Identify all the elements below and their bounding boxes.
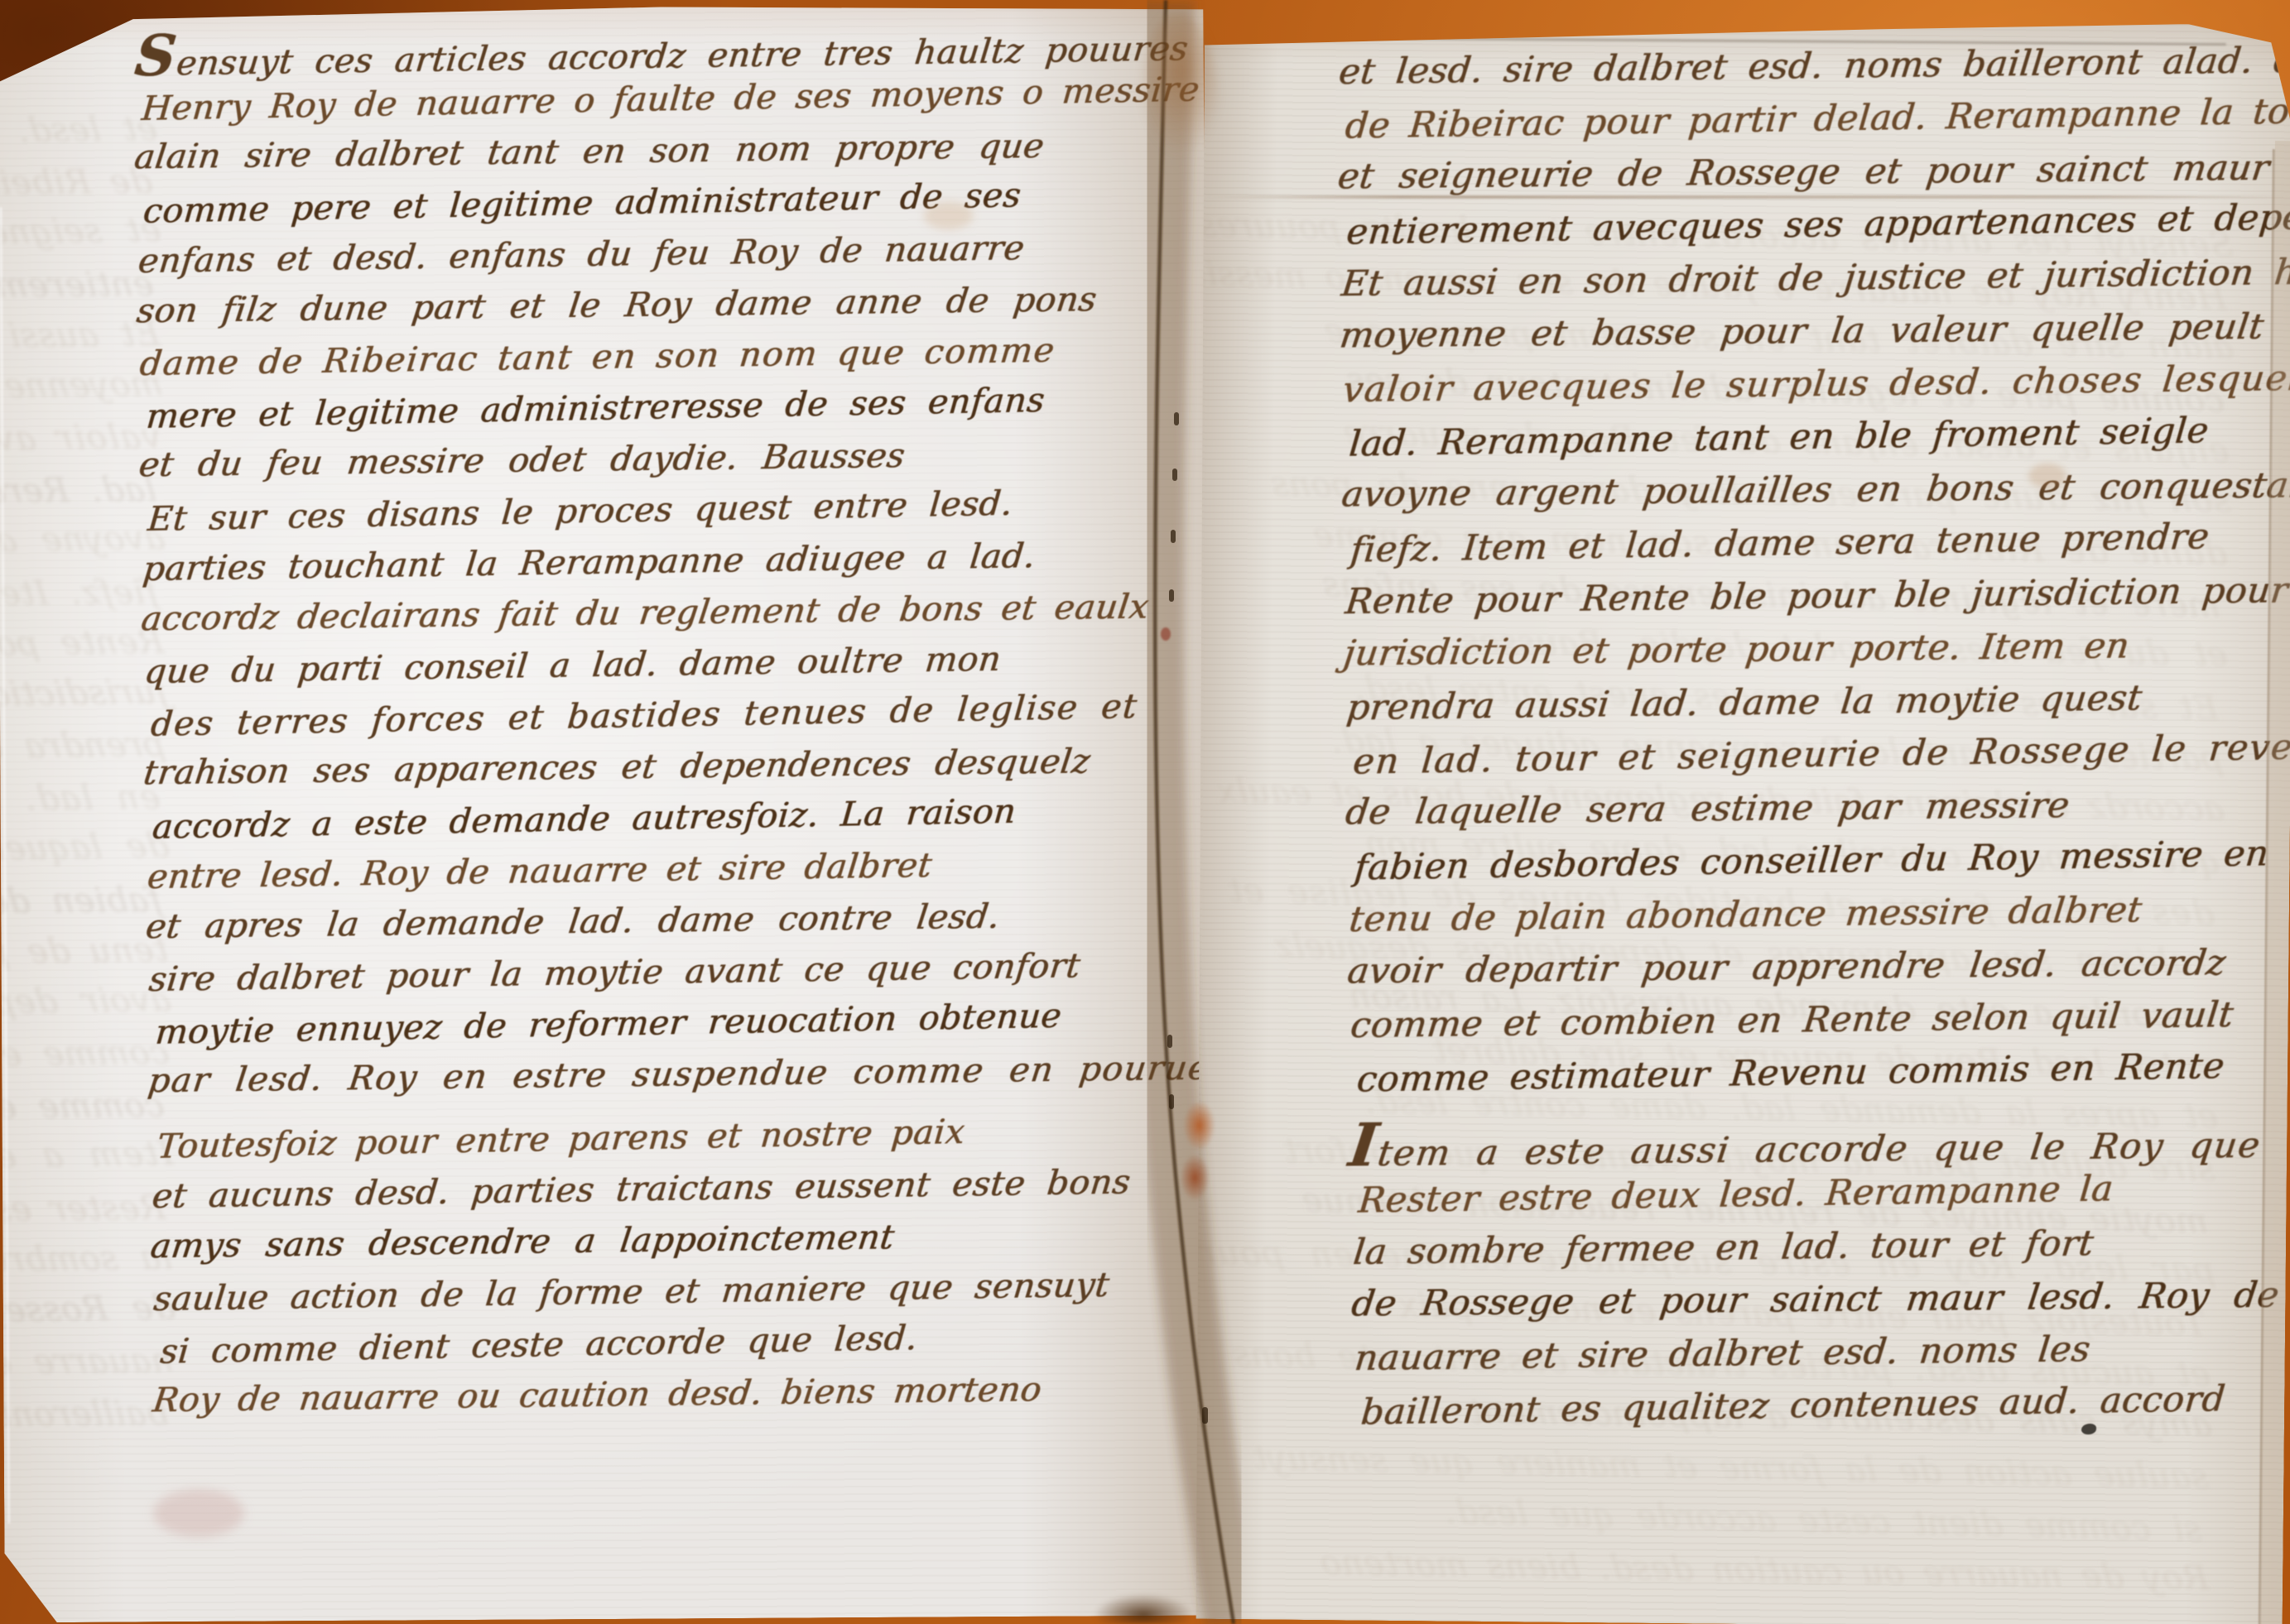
- right-page-text: et lesd. sire dalbret esd. noms baillero…: [1339, 35, 2290, 1439]
- pink-smudge: [153, 1489, 244, 1538]
- manuscript-line: si comme dient ceste accorde que lesd.: [1206, 1481, 2204, 1555]
- manuscript-line: nauarre et sire dalbret esd. noms les: [0, 1335, 176, 1401]
- manuscript-line: Rester estre deux lesd. Rerampanne la: [0, 1183, 168, 1244]
- manuscript-line: Item a este aussi accorde que le Roy que: [0, 1128, 176, 1196]
- manuscript-line: de Ribeirac pour partir delad. Rerampann…: [0, 156, 155, 218]
- right-page: Sensuyt ces articles accordz entre tres …: [1186, 15, 2290, 1624]
- manuscript-line: comme estimateur Revenu commis en Rente: [0, 1080, 167, 1141]
- manuscript-line: fiefz. Item et lad. dame sera tenue pren…: [0, 567, 161, 628]
- left-page: et lesd. sire dalbret esd. noms baillero…: [0, 2, 1215, 1623]
- manuscript-line: en lad. tour et seigneurie de Rossege le…: [0, 772, 163, 834]
- manuscript-line: saulue action de la forme et maniere que…: [1212, 1432, 2211, 1503]
- manuscript-line: entierement avecques ses appartenances e…: [0, 259, 156, 320]
- manuscript-line: bailleront es qualitez contenues aud. ac…: [0, 1388, 171, 1449]
- manuscript-photo: et lesd. sire dalbret esd. noms baillero…: [0, 0, 2290, 1624]
- manuscript-line: fabien desbordes conseiller du Roy messi…: [0, 875, 165, 936]
- manuscript-line: lad. Rerampanne tant en ble froment seig…: [0, 464, 159, 526]
- manuscript-line: Roy de nauarre ou caution desd. biens mo…: [1212, 1535, 2211, 1604]
- manuscript-line: comme et combien en Rente selon quil vau…: [0, 1027, 172, 1093]
- left-page-text: Sensuyt ces articles accordz entre tres …: [135, 15, 1215, 1428]
